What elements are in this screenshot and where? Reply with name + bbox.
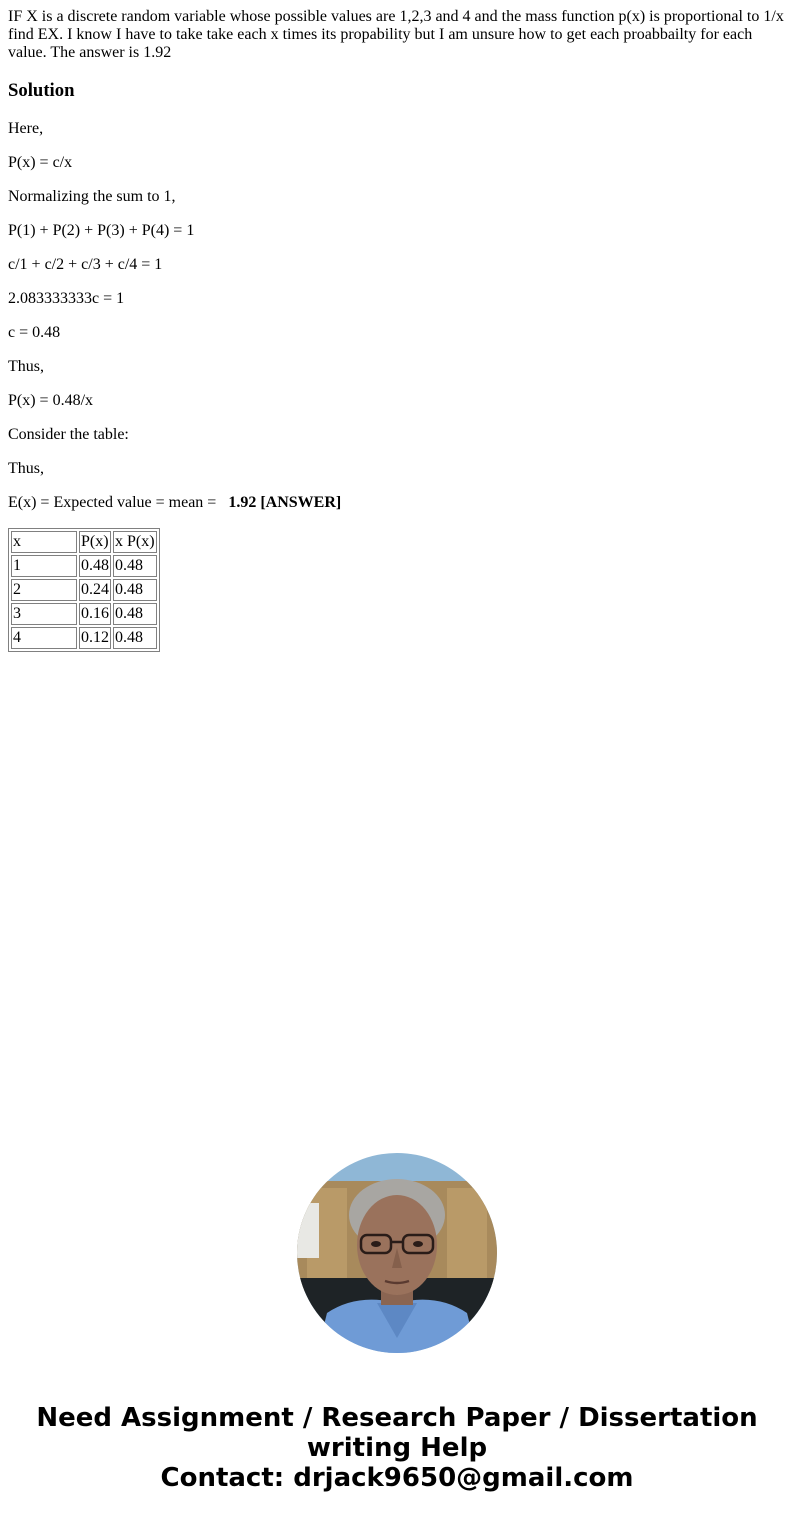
answer-line: E(x) = Expected value = mean =1.92 [ANSW… [8, 494, 786, 512]
table-cell: 1 [11, 555, 77, 577]
table-cell: 3 [11, 603, 77, 625]
solution-step: Here, [8, 120, 786, 138]
table-cell: 0.48 [79, 555, 111, 577]
solution-step: Normalizing the sum to 1, [8, 188, 786, 206]
table-cell: 0.12 [79, 627, 111, 649]
table-header-row: x P(x) x P(x) [11, 531, 157, 553]
document-body: IF X is a discrete random variable whose… [0, 0, 794, 652]
solution-step: P(x) = c/x [8, 154, 786, 172]
solution-step: c = 0.48 [8, 324, 786, 342]
tutor-avatar [297, 1153, 497, 1353]
table-cell: 0.24 [79, 579, 111, 601]
avatar-portrait-icon [297, 1153, 497, 1353]
table-cell: 0.48 [113, 627, 157, 649]
footer-line: Need Assignment / Research Paper / Disse… [0, 1403, 794, 1433]
table-row: 4 0.12 0.48 [11, 627, 157, 649]
solution-step: c/1 + c/2 + c/3 + c/4 = 1 [8, 256, 786, 274]
table-header-cell: x P(x) [113, 531, 157, 553]
table-cell: 0.16 [79, 603, 111, 625]
table-row: 2 0.24 0.48 [11, 579, 157, 601]
table-header-cell: P(x) [79, 531, 111, 553]
solution-step: Thus, [8, 358, 786, 376]
table-row: 1 0.48 0.48 [11, 555, 157, 577]
table-cell: 2 [11, 579, 77, 601]
solution-steps: Here, P(x) = c/x Normalizing the sum to … [8, 120, 786, 512]
footer-contact: Contact: drjack9650@gmail.com [0, 1463, 794, 1493]
footer-line: writing Help [0, 1433, 794, 1463]
answer-value: 1.92 [ANSWER] [228, 494, 341, 511]
table-header-cell: x [11, 531, 77, 553]
answer-prefix: E(x) = Expected value = mean = [8, 494, 216, 511]
table-row: 3 0.16 0.48 [11, 603, 157, 625]
solution-step: 2.083333333c = 1 [8, 290, 786, 308]
table-cell: 0.48 [113, 579, 157, 601]
solution-step: Consider the table: [8, 426, 786, 444]
table-cell: 0.48 [113, 555, 157, 577]
solution-step: P(1) + P(2) + P(3) + P(4) = 1 [8, 222, 786, 240]
solution-step: Thus, [8, 460, 786, 478]
question-text: IF X is a discrete random variable whose… [8, 8, 786, 62]
solution-heading: Solution [8, 80, 786, 102]
contact-footer: Need Assignment / Research Paper / Disse… [0, 1403, 794, 1493]
table-cell: 0.48 [113, 603, 157, 625]
probability-table: x P(x) x P(x) 1 0.48 0.48 2 0.24 0.48 3 … [8, 528, 160, 652]
table-cell: 4 [11, 627, 77, 649]
solution-step: P(x) = 0.48/x [8, 392, 786, 410]
